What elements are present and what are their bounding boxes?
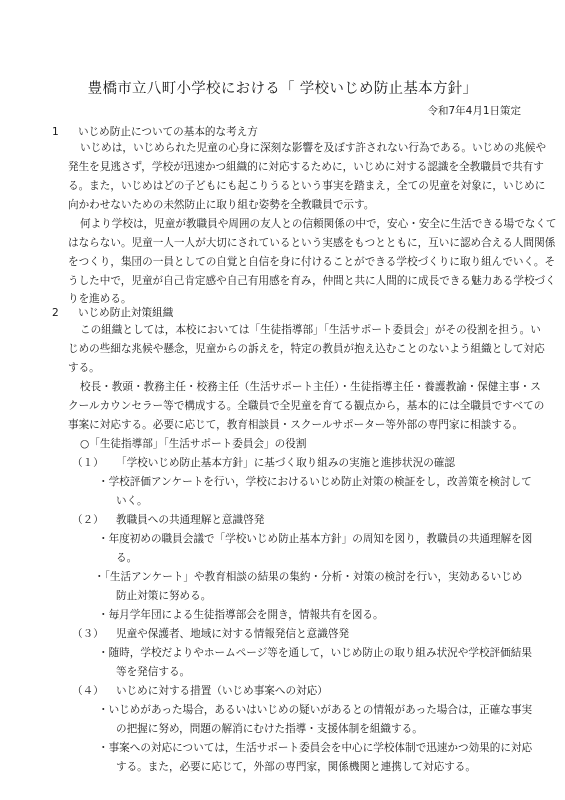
paragraph-line: 発生を見逃さず，学校が迅速かつ組織的に対応するために，いじめに対する認識を全教職… [68, 160, 544, 174]
paragraph-line: 向かわせないための未然防止に取り組む姿勢を全教職員で示す。 [68, 198, 374, 212]
bullet-continuation: の把握に努め，問題の解消にむけた指導・支援体制を組織する。 [116, 722, 423, 736]
role-text: いじめに対する措置（いじめ事案への対応） [116, 684, 328, 698]
paragraph-line: する。 [68, 361, 100, 375]
role-label: （３） [72, 627, 104, 641]
document-date: 令和7年4月1日策定 [427, 103, 521, 118]
bullet-item: ・「生活アンケート」や教育相談の結果の集約・分析・対策の検討を行い，実効あるいじ… [94, 570, 522, 584]
role-label: （２） [72, 513, 104, 527]
roles-heading: ○「生徒指導部」「生活サポート委員会」の役割 [80, 437, 306, 451]
section-title: いじめ防止についての基本的な考え方 [78, 126, 258, 138]
section-1-heading: 1いじめ防止についての基本的な考え方 [52, 125, 258, 139]
paragraph-line: 何より学校は，児童が教職員や周囲の友人との信頼関係の中で，安心・安全に生活できる… [80, 217, 557, 231]
paragraph-line: いじめは，いじめられた児童の心身に深刻な影響を及ぼす許されない行為である。いじめ… [80, 141, 546, 155]
section-number: 1 [52, 125, 78, 139]
bullet-item: ・いじめがあった場合，あるいはいじめの疑いがあるとの情報があった場合は，正確な事… [98, 703, 532, 717]
paragraph-line: この組織としては，本校においては「生徒指導部」「生活サポート委員会」がその役割を… [80, 323, 541, 337]
paragraph-line: うした中で，児童が自己肯定感や自己有用感を育み，仲間と共に人間的に成長できる魅力… [68, 274, 556, 288]
paragraph-line: りを進める。 [68, 292, 132, 306]
bullet-continuation: 防止対策に努める。 [116, 589, 211, 603]
paragraph-line: クールカウンセラー等で構成する。全職員で全児童を育てる観点から，基本的には全職員… [68, 399, 544, 413]
role-label: （１） [72, 456, 104, 470]
document-title: 豊橋市立八町小学校における「 学校いじめ防止基本方針」 [0, 77, 565, 98]
paragraph-line: 事案に対応する。必要に応じて，教育相談員・スクールサポーター等外部の専門家に相談… [68, 418, 523, 432]
paragraph-line: じめの些細な兆候や懸念，児童からの訴えを，特定の教員が抱え込むことのないよう組織… [68, 342, 545, 356]
bullet-item: ・毎月学年団による生徒指導部会を開き，情報共有を図る。 [98, 608, 384, 622]
paragraph-line: る。また，いじめはどの子どもにも起こりうるという事実を踏まえ，全ての児童を対象に… [68, 179, 545, 193]
bullet-continuation: 等を発信する。 [116, 665, 190, 679]
document-page: 豊橋市立八町小学校における「 学校いじめ防止基本方針」 令和7年4月1日策定 1… [0, 0, 565, 800]
section-title: いじめ防止対策組織 [78, 307, 173, 319]
role-text: 「学校いじめ防止基本方針」に基づく取り組みの実施と進捗状況の確認 [116, 456, 455, 470]
bullet-continuation: いく。 [116, 494, 148, 508]
paragraph-line: 校長・教頭・教務主任・校務主任（生活サポート主任）・生徒指導主任・養護教諭・保健… [80, 380, 541, 394]
bullet-continuation: る。 [116, 551, 137, 565]
bullet-item: ・年度初めの職員会議で「学校いじめ防止基本方針」の周知を図り，教職員の共通理解を… [98, 532, 532, 546]
bullet-item: ・事案への対応については，生活サポート委員会を中心に学校体制で迅速かつ効果的に対… [98, 741, 532, 755]
section-2-heading: 2いじめ防止対策組織 [52, 306, 173, 320]
section-number: 2 [52, 306, 78, 320]
role-text: 児童や保護者、地域に対する情報発信と意識啓発 [116, 627, 349, 641]
bullet-item: ・随時，学校だよりやホームページ等を通して，いじめ防止の取り組み状況や学校評価結… [98, 646, 532, 660]
bullet-continuation: する。また，必要に応じて，外部の専門家，関係機関と連携して対応する。 [116, 760, 476, 774]
role-label: （４） [72, 684, 104, 698]
bullet-item: ・学校評価アンケートを行い，学校におけるいじめ防止対策の検証をし，改善策を検討し… [98, 475, 532, 489]
paragraph-line: はならない。児童一人一人が大切にされているという実感をもつとともに，互いに認め合… [68, 236, 555, 250]
paragraph-line: をつくり，集団の一員としての自覚と自信を身に付けることができる学校づくりに取り組… [68, 255, 555, 269]
role-text: 教職員への共通理解と意識啓発 [116, 513, 264, 527]
